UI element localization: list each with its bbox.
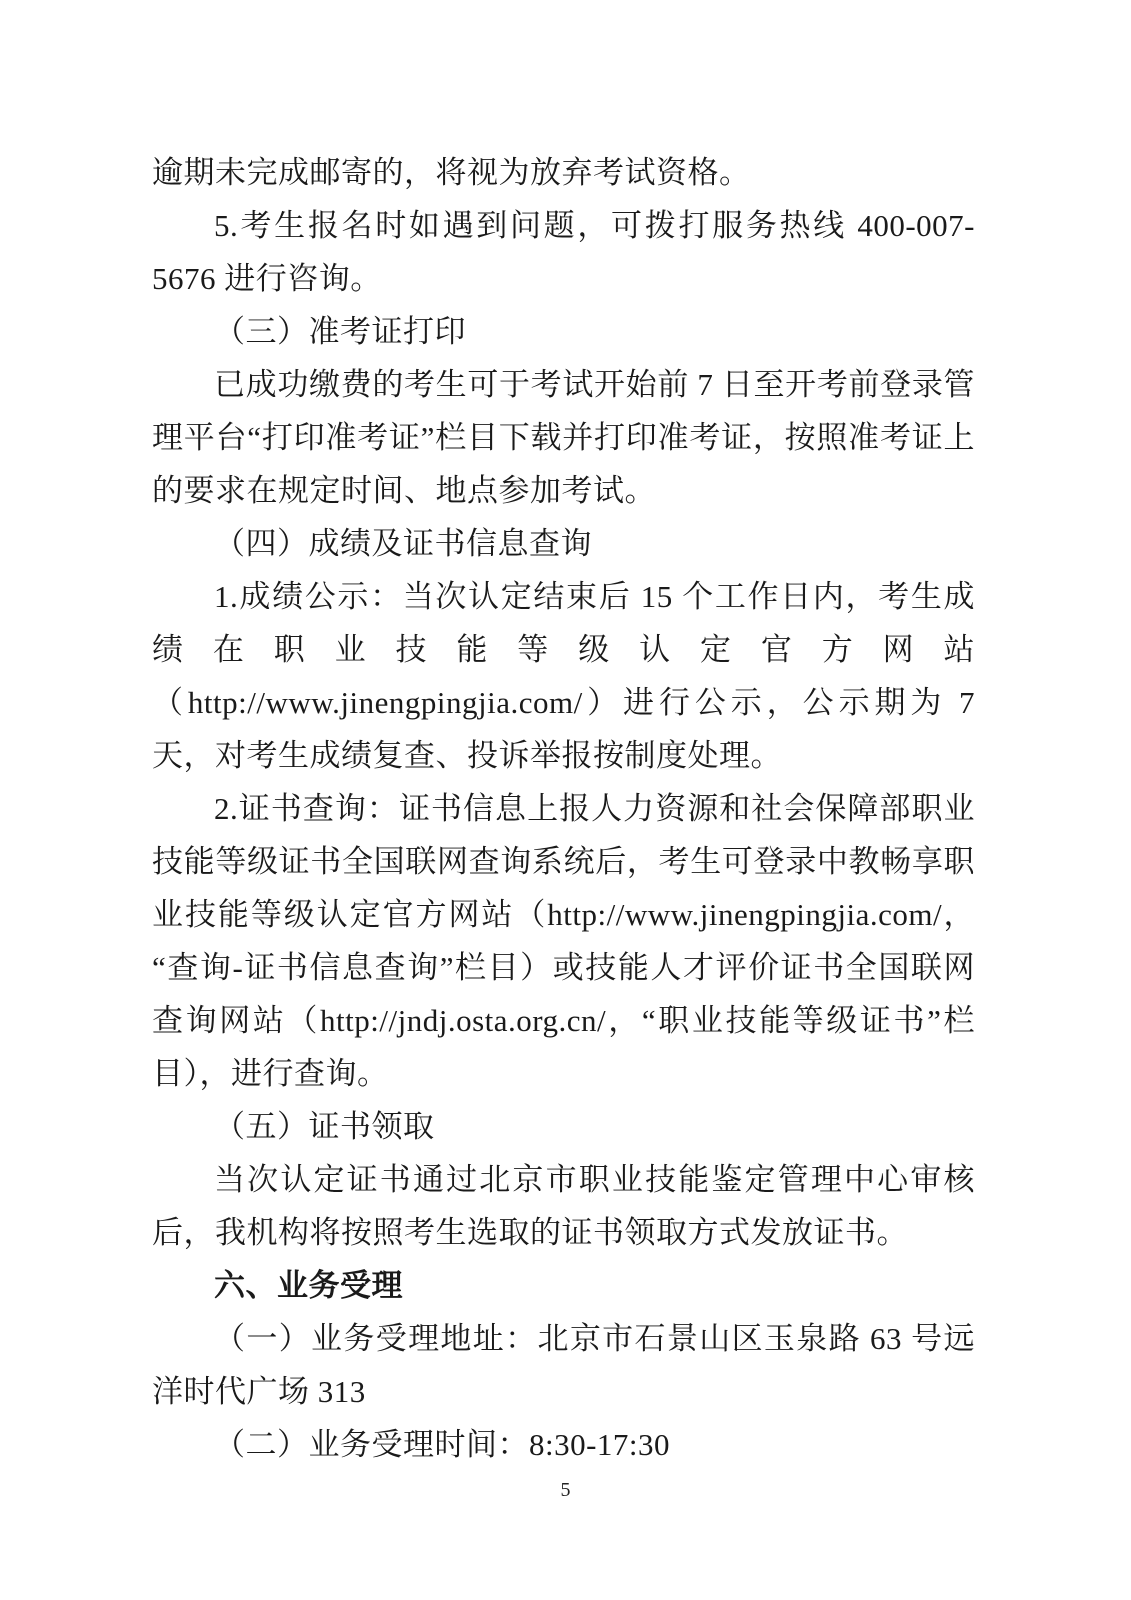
paragraph-certificate-query: 2.证书查询：证书信息上报人力资源和社会保障部职业技能等级证书全国联网查询系统后…: [152, 782, 975, 1100]
paragraph-hotline-info: 5.考生报名时如遇到问题，可拨打服务热线 400-007-5676 进行咨询。: [152, 199, 975, 305]
page-number: 5: [0, 1478, 1131, 1502]
paragraph-business-hours: （二）业务受理时间：8:30-17:30: [152, 1418, 975, 1471]
paragraph-overdue-mail-notice: 逾期未完成邮寄的，将视为放弃考试资格。: [152, 146, 975, 199]
paragraph-business-address: （一）业务受理地址：北京市石景山区玉泉路 63 号远洋时代广场 313: [152, 1312, 975, 1418]
paragraph-certificate-collection: 当次认定证书通过北京市职业技能鉴定管理中心审核后，我机构将按照考生选取的证书领取…: [152, 1153, 975, 1259]
document-body: 逾期未完成邮寄的，将视为放弃考试资格。 5.考生报名时如遇到问题，可拨打服务热线…: [152, 146, 975, 1471]
paragraph-score-publication: 1.成绩公示：当次认定结束后 15 个工作日内，考生成绩在职业技能等级认定官方网…: [152, 570, 975, 782]
subsection-heading-admission-ticket-print: （三）准考证打印: [152, 305, 975, 358]
subsection-heading-certificate-collection: （五）证书领取: [152, 1100, 975, 1153]
document-page: 逾期未完成邮寄的，将视为放弃考试资格。 5.考生报名时如遇到问题，可拨打服务热线…: [0, 0, 1131, 1600]
paragraph-admission-ticket-print: 已成功缴费的考生可于考试开始前 7 日至开考前登录管理平台“打印准考证”栏目下载…: [152, 358, 975, 517]
section-heading-business-acceptance: 六、业务受理: [152, 1259, 975, 1312]
subsection-heading-score-certificate-query: （四）成绩及证书信息查询: [152, 517, 975, 570]
